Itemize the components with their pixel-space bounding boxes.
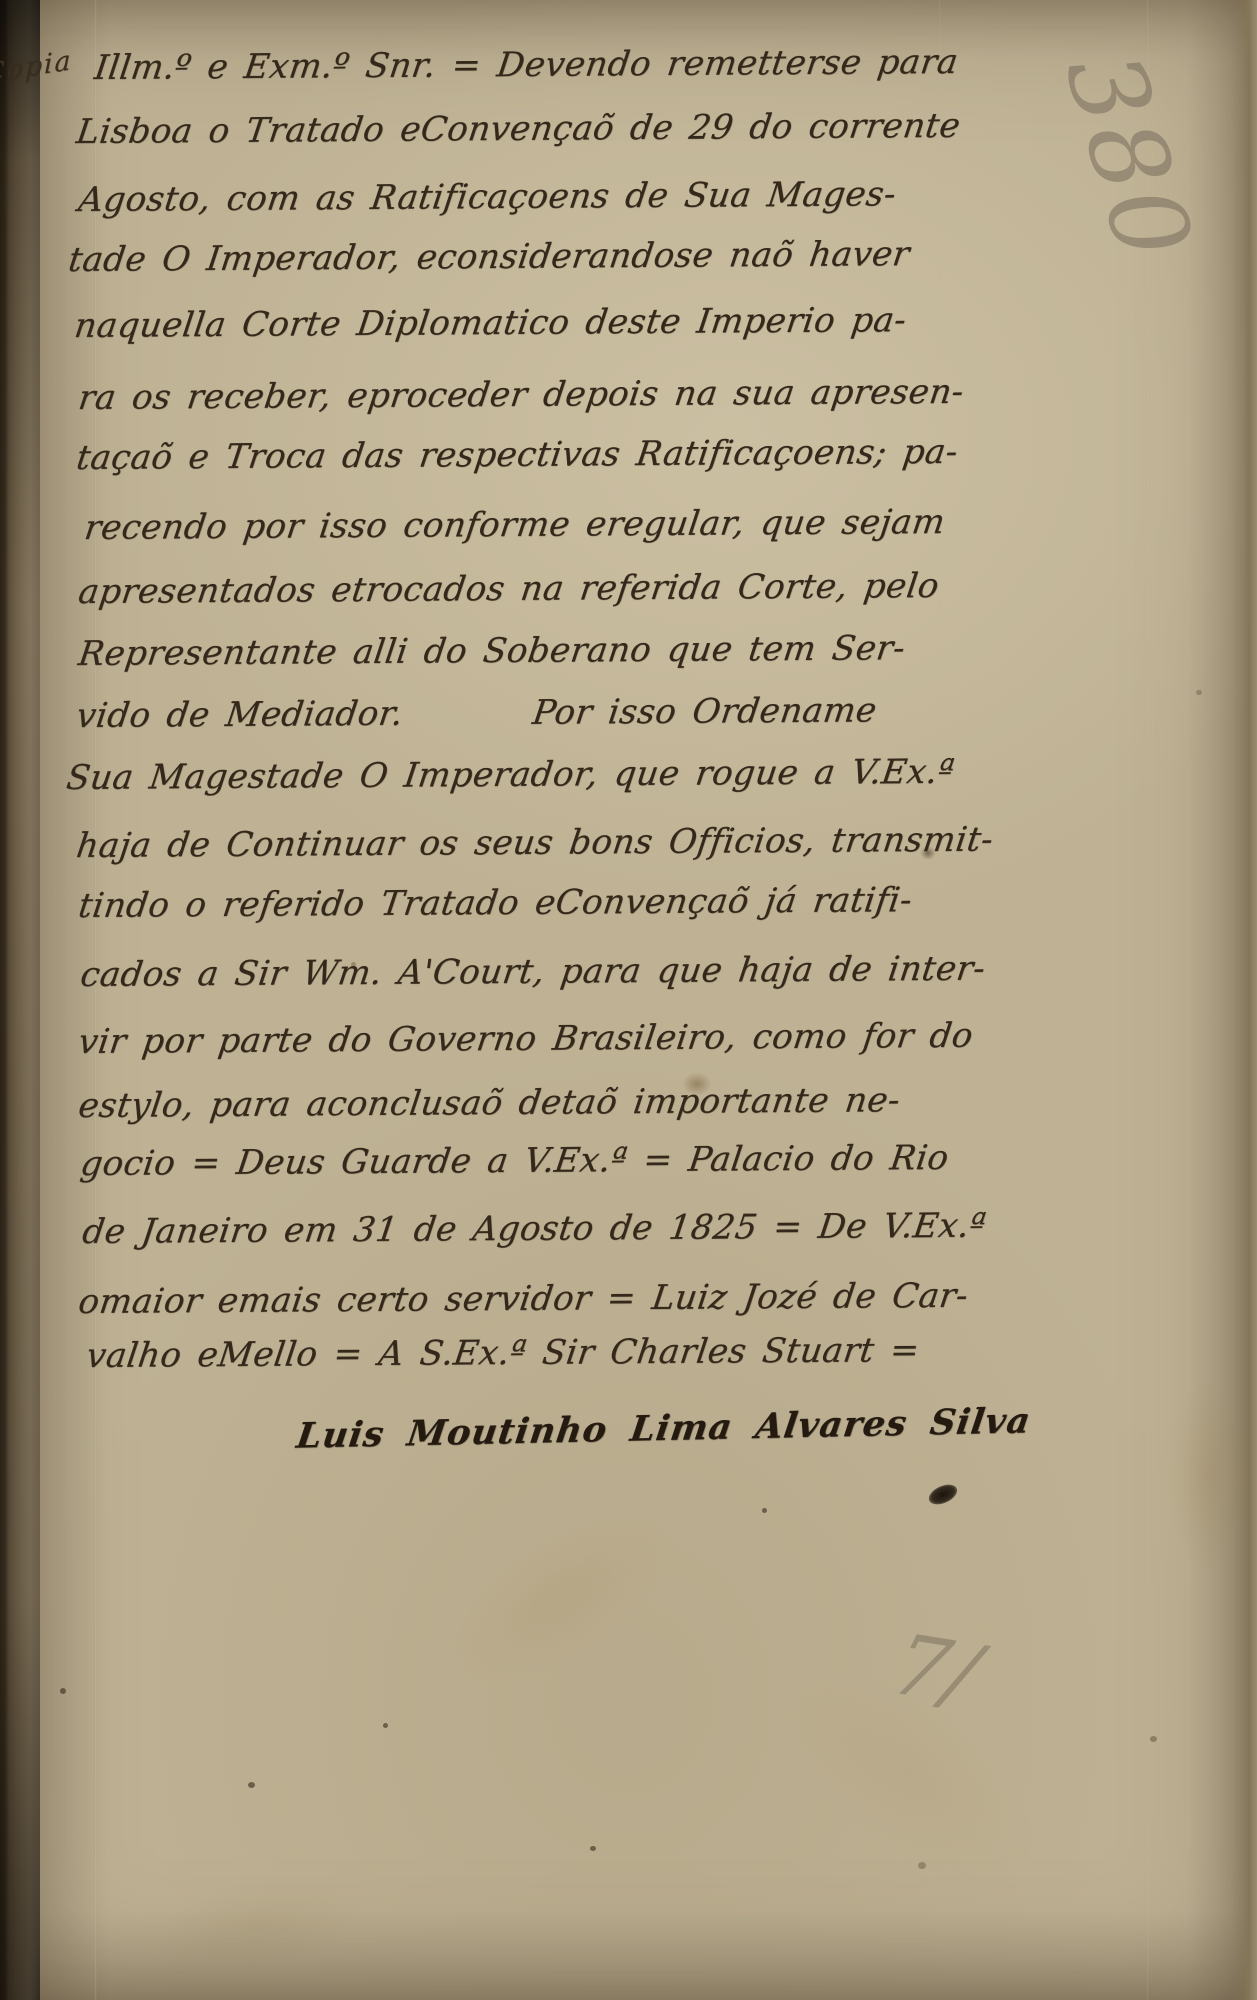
binding-edge — [0, 0, 40, 2000]
foxing-dot — [590, 1846, 596, 1851]
foxing-dot — [248, 1782, 255, 1788]
letter-line: estylo, para aconclusaõ detaõ importante… — [76, 1080, 903, 1126]
pencil-page-number: 380 — [1050, 42, 1208, 273]
letter-line: apresentados etrocados na referida Corte… — [76, 566, 942, 612]
manuscript-page: Copia 380 Illm.º e Exm.º Snr. = Devendo … — [0, 0, 1257, 2000]
foxing-dot — [383, 1723, 388, 1728]
letter-line: recendo por isso conforme eregular, que … — [82, 502, 948, 548]
letter-line: haja de Continuar os seus bons Officios,… — [74, 820, 996, 866]
letter-line: cados a Sir Wm. A'Court, para que haja d… — [78, 949, 988, 995]
letter-line: vido de Mediador. Por isso Ordename — [74, 690, 879, 736]
letter-line: taçaõ e Troca das respectivas Ratificaço… — [74, 432, 960, 478]
letter-line: Lisboa o Tratado eConvençaõ de 29 do cor… — [74, 106, 963, 152]
letter-line: de Janeiro em 31 de Agosto de 1825 = De … — [80, 1206, 989, 1252]
letter-line: gocio = Deus Guarde a V.Ex.ª = Palacio d… — [78, 1138, 951, 1184]
stain — [1168, 1380, 1248, 1570]
stain — [418, 1480, 702, 1720]
foxing-dot — [1196, 690, 1202, 695]
pencil-mark: 7/ — [885, 1623, 988, 1717]
letter-line: valho eMello = A S.Ex.ª Sir Charles Stua… — [84, 1330, 922, 1376]
stain — [144, 1862, 376, 1989]
signature: Luis Moutinho Lima Alvares Silva — [294, 1400, 1033, 1456]
letter-line: tindo o referido Tratado eConvençaõ já r… — [76, 880, 915, 926]
foxing-dot — [918, 1862, 926, 1869]
letter-line: naquella Corte Diplomatico deste Imperio… — [72, 300, 909, 346]
letter-line: omaior emais certo servidor = Luiz Jozé … — [76, 1276, 971, 1322]
letter-line: Illm.º e Exm.º Snr. = Devendo remetterse… — [92, 42, 961, 88]
foxing-dot — [762, 1508, 767, 1513]
foxing-dot — [60, 1688, 66, 1694]
foxing-dot — [1150, 1736, 1157, 1742]
fold-crease — [94, 0, 97, 2000]
ink-blot — [926, 1481, 960, 1509]
letter-line: Sua Magestade O Imperador, que rogue a V… — [64, 752, 957, 798]
letter-line: tade O Imperador, econsiderandose naõ ha… — [66, 234, 912, 280]
page-right-edge — [1231, 0, 1257, 2000]
letter-line: ra os receber, eproceder depois na sua a… — [76, 372, 966, 418]
letter-line: Agosto, com as Ratificaçoens de Sua Mage… — [76, 174, 899, 220]
letter-line: vir por parte do Governo Brasileiro, com… — [76, 1016, 976, 1062]
fold-crease — [1146, 0, 1149, 2000]
letter-line: Representante alli do Soberano que tem S… — [76, 628, 908, 674]
